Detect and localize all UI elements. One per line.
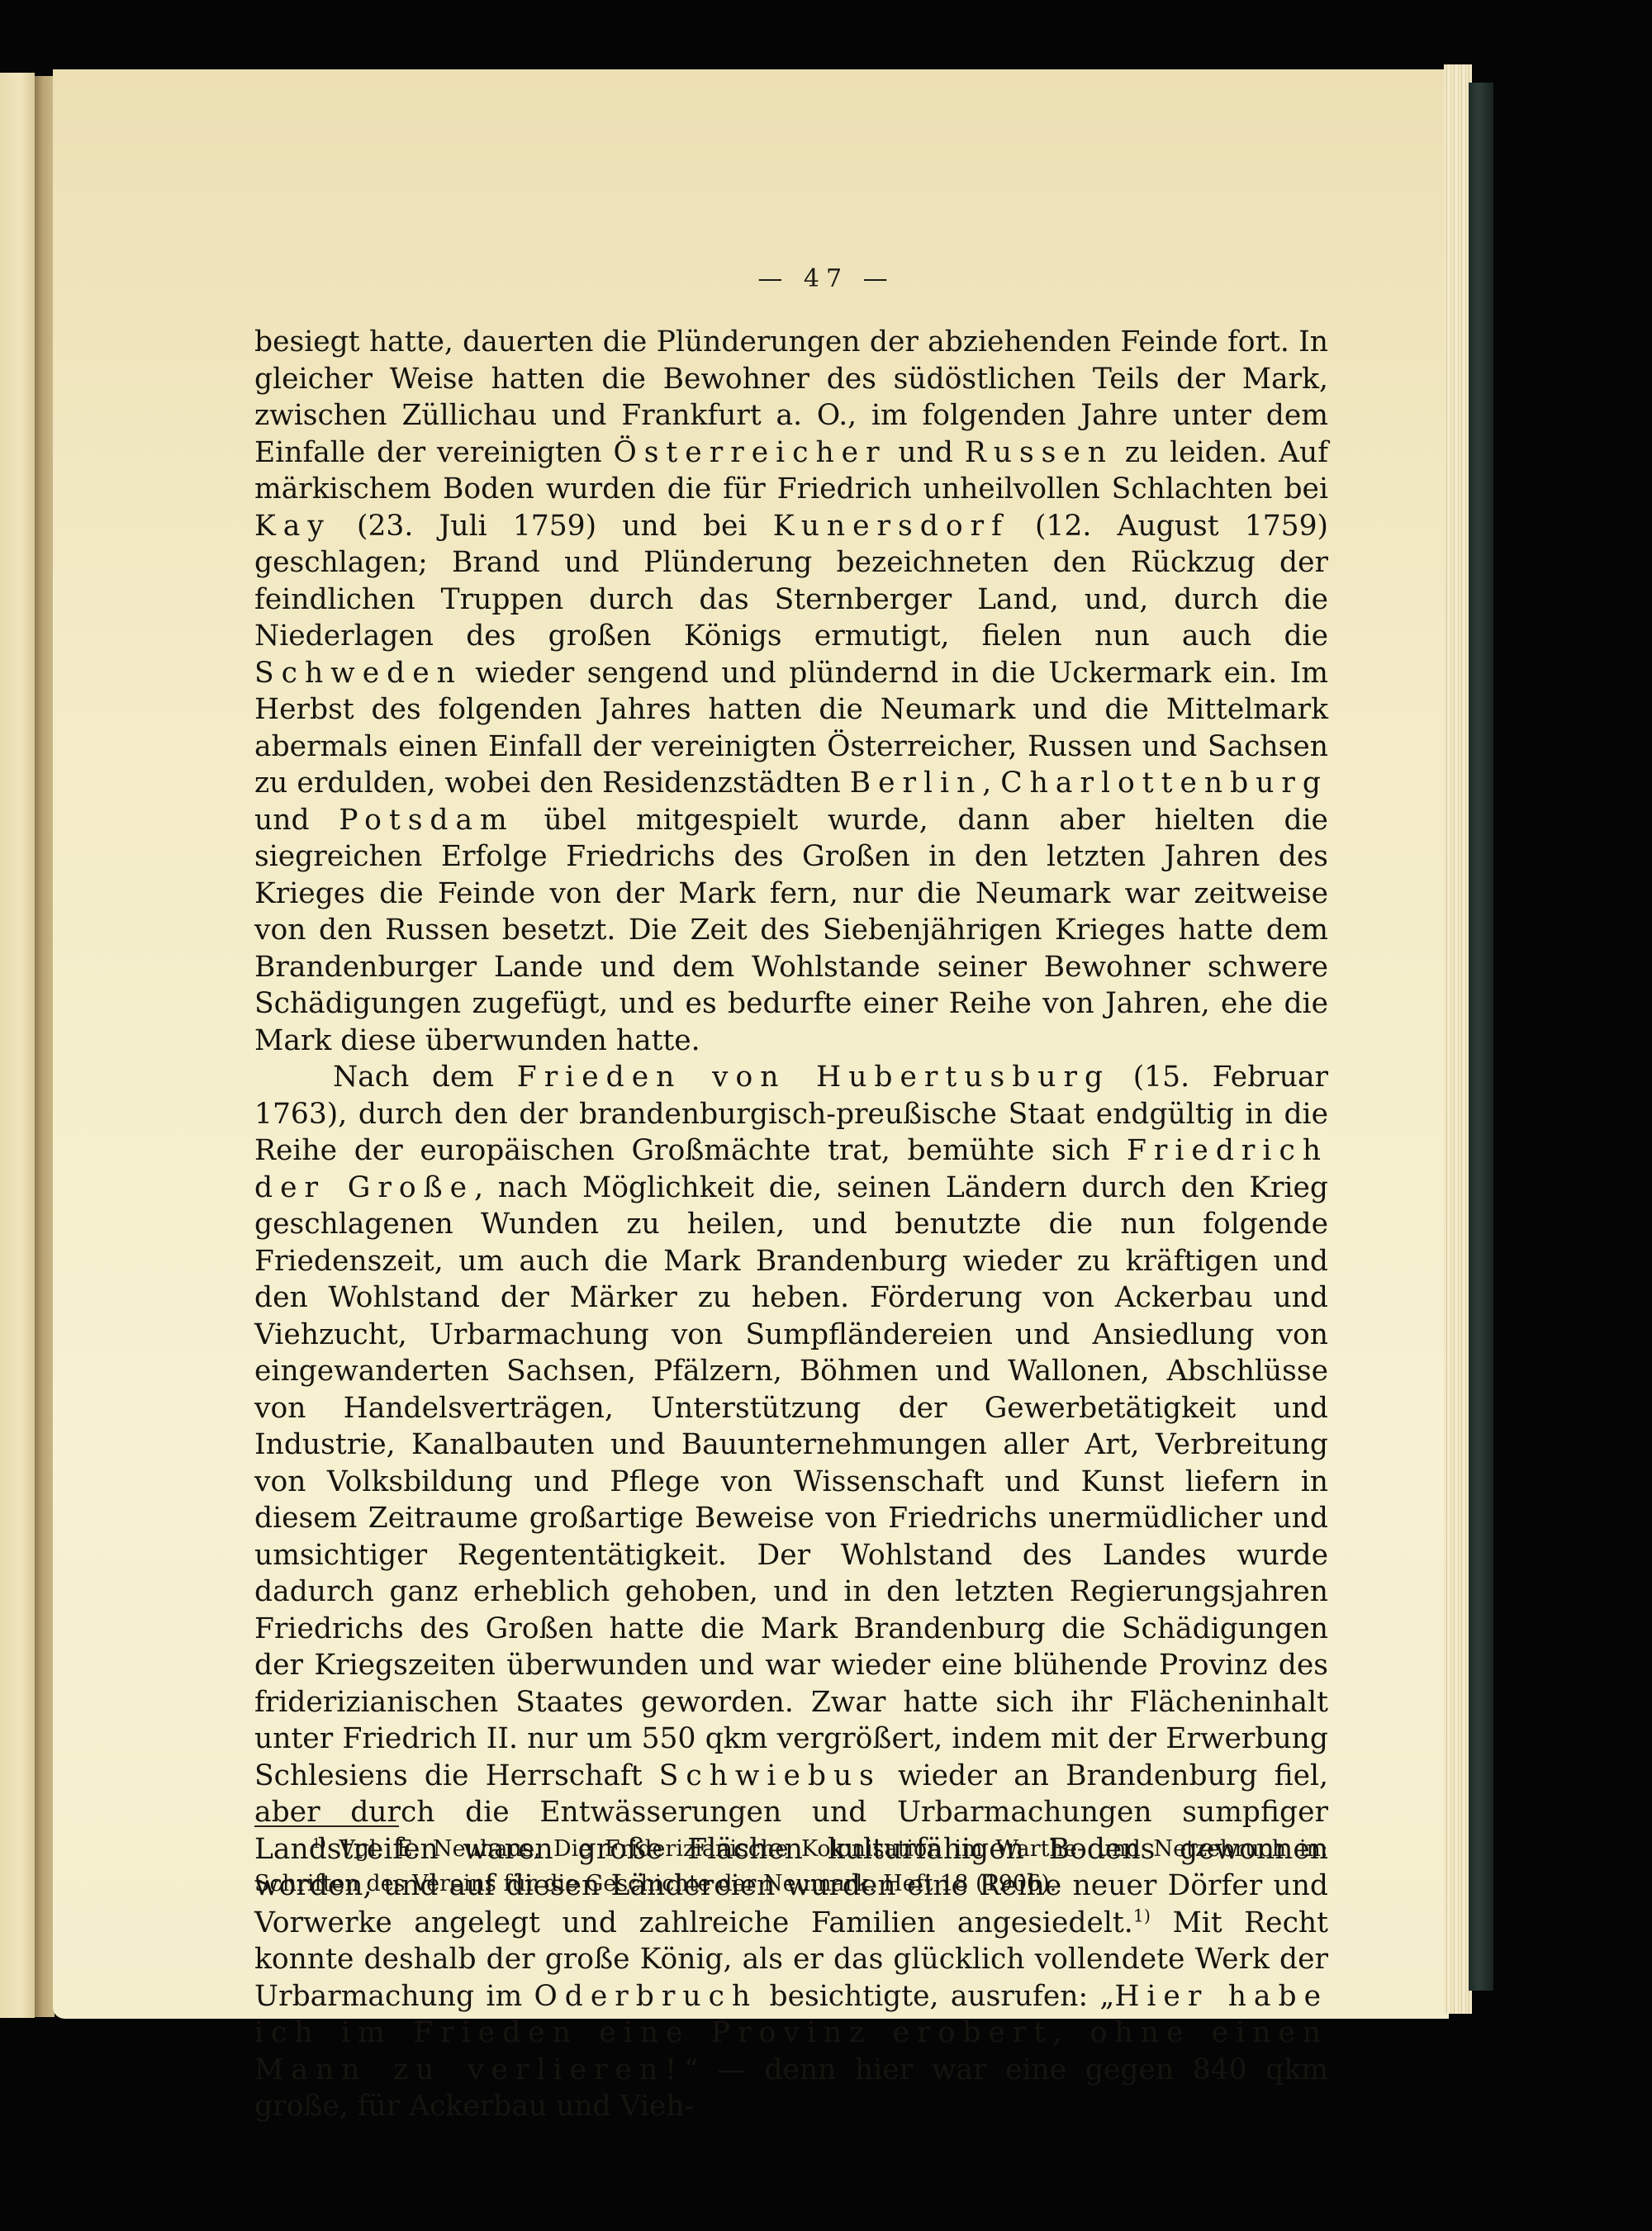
footnote: 1) Vgl. E. Neuhaus, Die Friderizianische… xyxy=(254,1832,1328,1901)
book-cover-edge xyxy=(1469,83,1493,1991)
emphasized-text: Schweden xyxy=(254,657,463,690)
emphasized-text: Schwiebus xyxy=(659,1759,881,1792)
text-run: besichtigte, ausrufen: „ xyxy=(757,1980,1114,2013)
text-run: (23. Juli 1759) und bei xyxy=(331,510,773,543)
paragraph-2: Nach dem Frieden von Hubertusburg (15. F… xyxy=(254,1059,1328,2125)
book-gutter xyxy=(35,76,55,2017)
page-stack-edges xyxy=(1444,64,1472,2014)
text-run: übel mitgespielt wurde, dann aber hielte… xyxy=(254,804,1328,1057)
emphasized-text: Kay xyxy=(254,510,331,543)
emphasized-text: Charlottenburg xyxy=(1000,767,1328,800)
footnote-text: Vgl. E. Neuhaus, Die Friderizianische Ko… xyxy=(254,1836,1328,1896)
footnote-marker: 1) xyxy=(312,1835,326,1851)
text-run: , xyxy=(982,767,1000,800)
emphasized-text: Potsdam xyxy=(339,804,515,837)
page-number: — 47 — xyxy=(0,264,1652,293)
text-run: und xyxy=(887,436,965,469)
emphasized-text: Oderbruch xyxy=(534,1980,758,2013)
emphasized-text: Berlin xyxy=(850,767,983,800)
text-run: und xyxy=(254,804,339,837)
emphasized-text: Österreicher xyxy=(613,436,886,469)
emphasized-text: Russen xyxy=(965,436,1113,469)
text-run: , nach Möglichkeit die, seinen Ländern d… xyxy=(254,1171,1328,1792)
footnote-divider xyxy=(254,1825,399,1827)
footnote-reference: 1) xyxy=(1133,1906,1151,1925)
emphasized-text: Frieden von Hubertusburg xyxy=(517,1061,1110,1094)
paragraph-1: besiegt hatte, dauerten die Plünderungen… xyxy=(254,324,1328,1059)
left-page-edge xyxy=(0,73,35,2018)
emphasized-text: Kunersdorf xyxy=(773,510,1009,543)
text-run: Nach dem xyxy=(333,1061,517,1094)
